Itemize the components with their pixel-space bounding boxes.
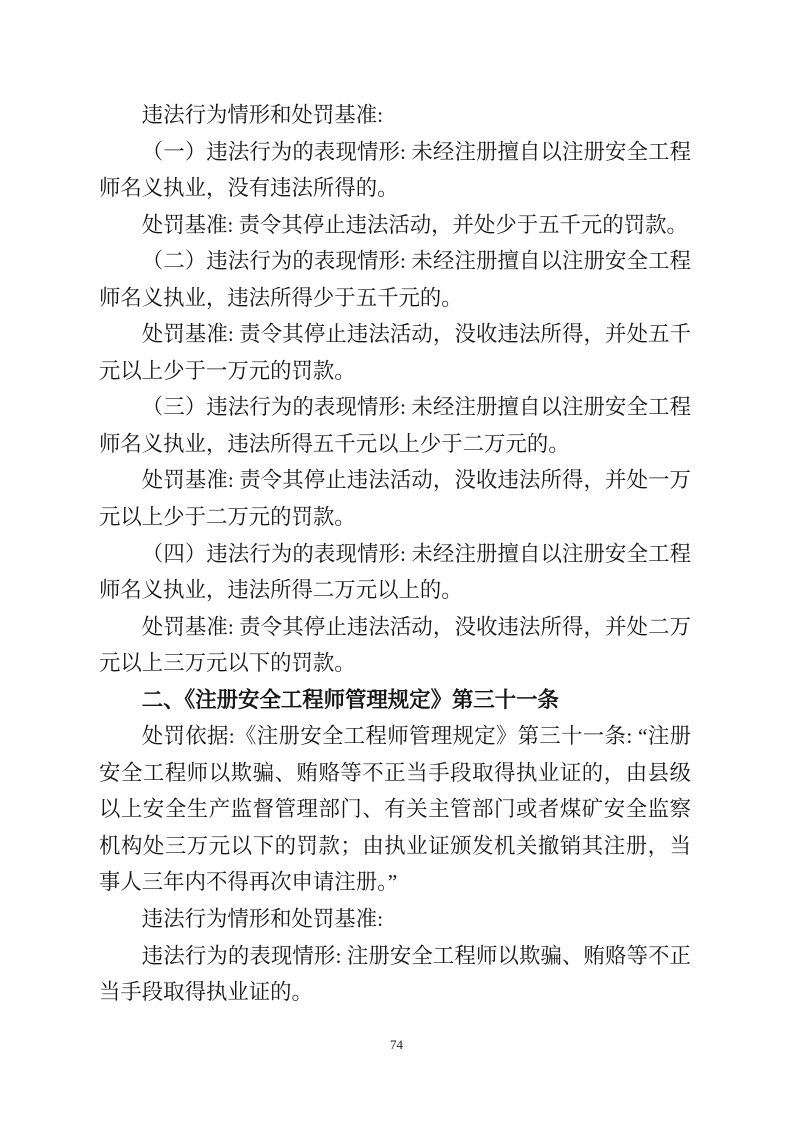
section-heading: 二、《注册安全工程师管理规定》第三十一条: [99, 682, 691, 719]
body-paragraph: 处罚基准: 责令其停止违法活动，并处少于五千元的罚款。: [99, 207, 691, 244]
body-paragraph: 违法行为情形和处罚基准:: [99, 97, 691, 134]
page-number: 74: [0, 1036, 793, 1054]
document-body: 违法行为情形和处罚基准: （一）违法行为的表现情形: 未经注册擅自以注册安全工程…: [99, 97, 691, 1011]
body-paragraph: 处罚依据:《注册安全工程师管理规定》第三十一条: “注册安全工程师以欺骗、贿赂等…: [99, 718, 691, 901]
body-paragraph: 违法行为情形和处罚基准:: [99, 901, 691, 938]
body-paragraph: （一）违法行为的表现情形: 未经注册擅自以注册安全工程师名义执业，没有违法所得的…: [99, 134, 691, 207]
body-paragraph: （二）违法行为的表现情形: 未经注册擅自以注册安全工程师名义执业，违法所得少于五…: [99, 243, 691, 316]
body-paragraph: （四）违法行为的表现情形: 未经注册擅自以注册安全工程师名义执业，违法所得二万元…: [99, 536, 691, 609]
body-paragraph: 处罚基准: 责令其停止违法活动，没收违法所得，并处一万元以上少于二万元的罚款。: [99, 462, 691, 535]
body-paragraph: （三）违法行为的表现情形: 未经注册擅自以注册安全工程师名义执业，违法所得五千元…: [99, 389, 691, 462]
body-paragraph: 违法行为的表现情形: 注册安全工程师以欺骗、贿赂等不正当手段取得执业证的。: [99, 938, 691, 1011]
body-paragraph: 处罚基准: 责令其停止违法活动，没收违法所得，并处五千元以上少于一万元的罚款。: [99, 316, 691, 389]
document-page: 违法行为情形和处罚基准: （一）违法行为的表现情形: 未经注册擅自以注册安全工程…: [0, 0, 793, 1122]
body-paragraph: 处罚基准: 责令其停止违法活动，没收违法所得，并处二万元以上三万元以下的罚款。: [99, 609, 691, 682]
